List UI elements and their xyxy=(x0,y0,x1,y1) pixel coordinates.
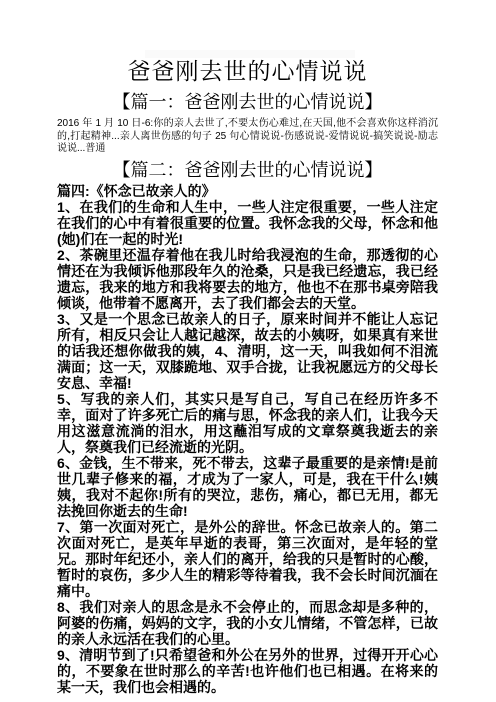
paragraph-4: 5、写我的亲人们，其实只是写自己，写自己在经历许多不幸，面对了许多死亡后的痛与思… xyxy=(57,391,438,455)
paragraph-8: 9、清明节到了!只希望爸和外公在另外的世界，过得开开心心的，不要象在世时那么的辛… xyxy=(57,647,438,695)
subsection-title: 篇四:《怀念已故亲人的》 xyxy=(57,183,438,199)
paragraph-1: 1、在我们的生命和人生中，一些人注定很重要，一些人注定在我们的心中有着很重要的位… xyxy=(57,199,438,247)
document-body: 篇四:《怀念已故亲人的》 1、在我们的生命和人生中，一些人注定很重要，一些人注定… xyxy=(57,183,438,695)
paragraph-7: 8、我们对亲人的思念是永不会停止的，而思念却是多种的，阿婆的伤痛，妈妈的文字，我… xyxy=(57,599,438,647)
faint-watermark xyxy=(145,50,355,58)
section-heading-1: 【篇一：爸爸刚去世的心情说说】 xyxy=(57,92,438,113)
document-page: 爸爸刚去世的心情说说 【篇一：爸爸刚去世的心情说说】 2016 年 1 月 10… xyxy=(0,0,496,702)
section-heading-2: 【篇二：爸爸刚去世的心情说说】 xyxy=(57,160,438,181)
source-snippet: 2016 年 1 月 10 日-6:你的亲人去世了,不要太伤心难过,在天国,他不… xyxy=(57,118,438,156)
paragraph-6: 7、第一次面对死亡，是外公的辞世。怀念已故亲人的。第二次面对死亡，是英年早逝的表… xyxy=(57,519,438,599)
paragraph-3: 3、又是一个思念已故亲人的日子，原来时间并不能让人忘记所有，相反只会让人越记越深… xyxy=(57,311,438,391)
paragraph-5: 6、金钱，生不带来，死不带去，这辈子最重要的是亲情!是前世几辈子修来的福，才成为… xyxy=(57,455,438,519)
paragraph-2: 2、茶碗里还温存着他在我儿时给我浸泡的生命，那透彻的心情还在为我倾诉他那段年久的… xyxy=(57,247,438,311)
page-title: 爸爸刚去世的心情说说 xyxy=(57,58,438,86)
